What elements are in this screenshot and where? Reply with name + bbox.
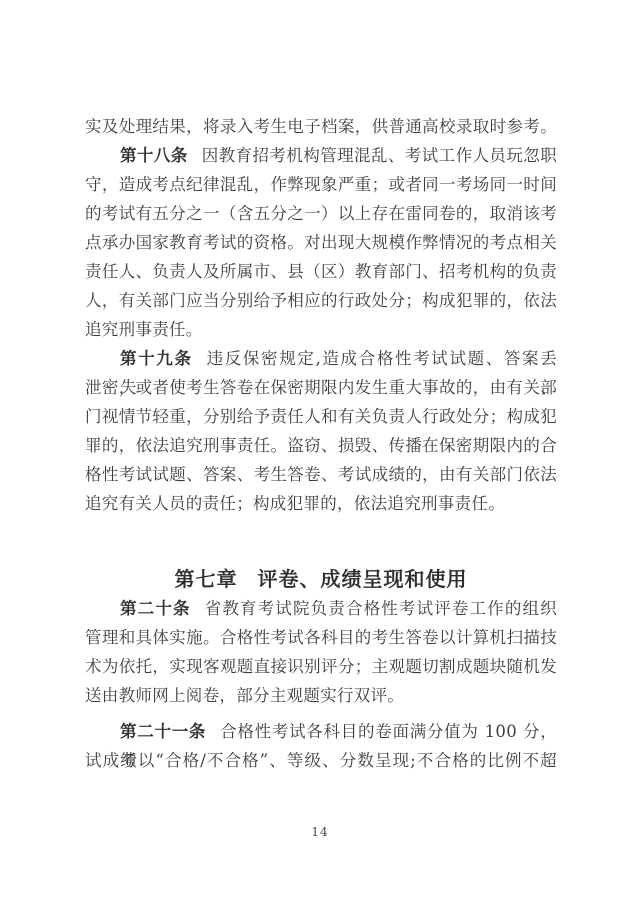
article-21: 第二十一条合格性考试各科目的卷面满分值为 100 分，考 试成绩以“合格/不合格… (85, 717, 557, 775)
text-line: 格性考试试题、答案、考生答卷、考试成绩的，由有关部门依法 (85, 460, 557, 489)
text-line: 试成绩以“合格/不合格”、等级、分数呈现;不合格的比例不超 (85, 746, 557, 775)
page-number: 14 (0, 822, 640, 842)
text-column: 实及处理结果，将录入考生电子档案，供普通高校录取时参考。 第十八条因教育招考机构… (85, 112, 557, 775)
text-line: 术为依托，实现客观题直接识别评分；主观题切割成题块随机发 (85, 652, 557, 681)
chapter-number: 第七章 (175, 567, 238, 591)
text-line: 守，造成考点纪律混乱，作弊现象严重；或者同一考场同一时间 (85, 170, 557, 199)
text-line: 第十九条违反保密规定,造成合格性考试试题、答案丢失、 (85, 344, 557, 373)
text-line: 泄密，或者使考生答卷在保密期限内发生重大事故的，由有关部 (85, 373, 557, 402)
chapter-title: 评卷、成绩呈现和使用 (258, 567, 468, 591)
article-18-text: 因教育招考机构管理混乱、考试工作人员玩忽职 (202, 146, 557, 165)
article-21-label: 第二十一条 (120, 722, 206, 741)
article-20-label: 第二十条 (120, 599, 191, 618)
text-line: 追究刑事责任。 (85, 315, 557, 344)
carryover-line: 实及处理结果，将录入考生电子档案，供普通高校录取时参考。 (85, 112, 557, 141)
article-20: 第二十条省教育考试院负责合格性考试评卷工作的组织 管理和具体实施。合格性考试各科… (85, 594, 557, 710)
text-line: 人，有关部门应当分别给予相应的行政处分；构成犯罪的，依法 (85, 286, 557, 315)
article-18: 第十八条因教育招考机构管理混乱、考试工作人员玩忽职 守，造成考点纪律混乱，作弊现… (85, 141, 557, 344)
text-line: 追究有关人员的责任；构成犯罪的，依法追究刑事责任。 (85, 489, 557, 518)
document-page: 实及处理结果，将录入考生电子档案，供普通高校录取时参考。 第十八条因教育招考机构… (0, 0, 640, 905)
article-19-label: 第十九条 (120, 349, 193, 368)
text-line: 管理和具体实施。合格性考试各科目的考生答卷以计算机扫描技 (85, 623, 557, 652)
text-line: 门视情节轻重，分别给予责任人和有关负责人行政处分；构成犯 (85, 402, 557, 431)
article-18-label: 第十八条 (120, 146, 188, 165)
text-line: 罪的，依法追究刑事责任。盗窃、损毁、传播在保密期限内的合 (85, 431, 557, 460)
text-line: 第二十条省教育考试院负责合格性考试评卷工作的组织 (85, 594, 557, 623)
text-line: 第十八条因教育招考机构管理混乱、考试工作人员玩忽职 (85, 141, 557, 170)
article-20-text: 省教育考试院负责合格性考试评卷工作的组织 (205, 599, 557, 618)
chapter-heading: 第七章评卷、成绩呈现和使用 (85, 565, 557, 594)
text-line: 点承办国家教育考试的资格。对出现大规模作弊情况的考点相关 (85, 228, 557, 257)
text-line: 的考试有五分之一（含五分之一）以上存在雷同卷的，取消该考 (85, 199, 557, 228)
text-line: 送由教师网上阅卷，部分主观题实行双评。 (85, 681, 557, 710)
article-19: 第十九条违反保密规定,造成合格性考试试题、答案丢失、 泄密，或者使考生答卷在保密… (85, 344, 557, 518)
text-line: 第二十一条合格性考试各科目的卷面满分值为 100 分，考 (85, 717, 557, 746)
text-line: 责任人、负责人及所属市、县（区）教育部门、招考机构的负责 (85, 257, 557, 286)
